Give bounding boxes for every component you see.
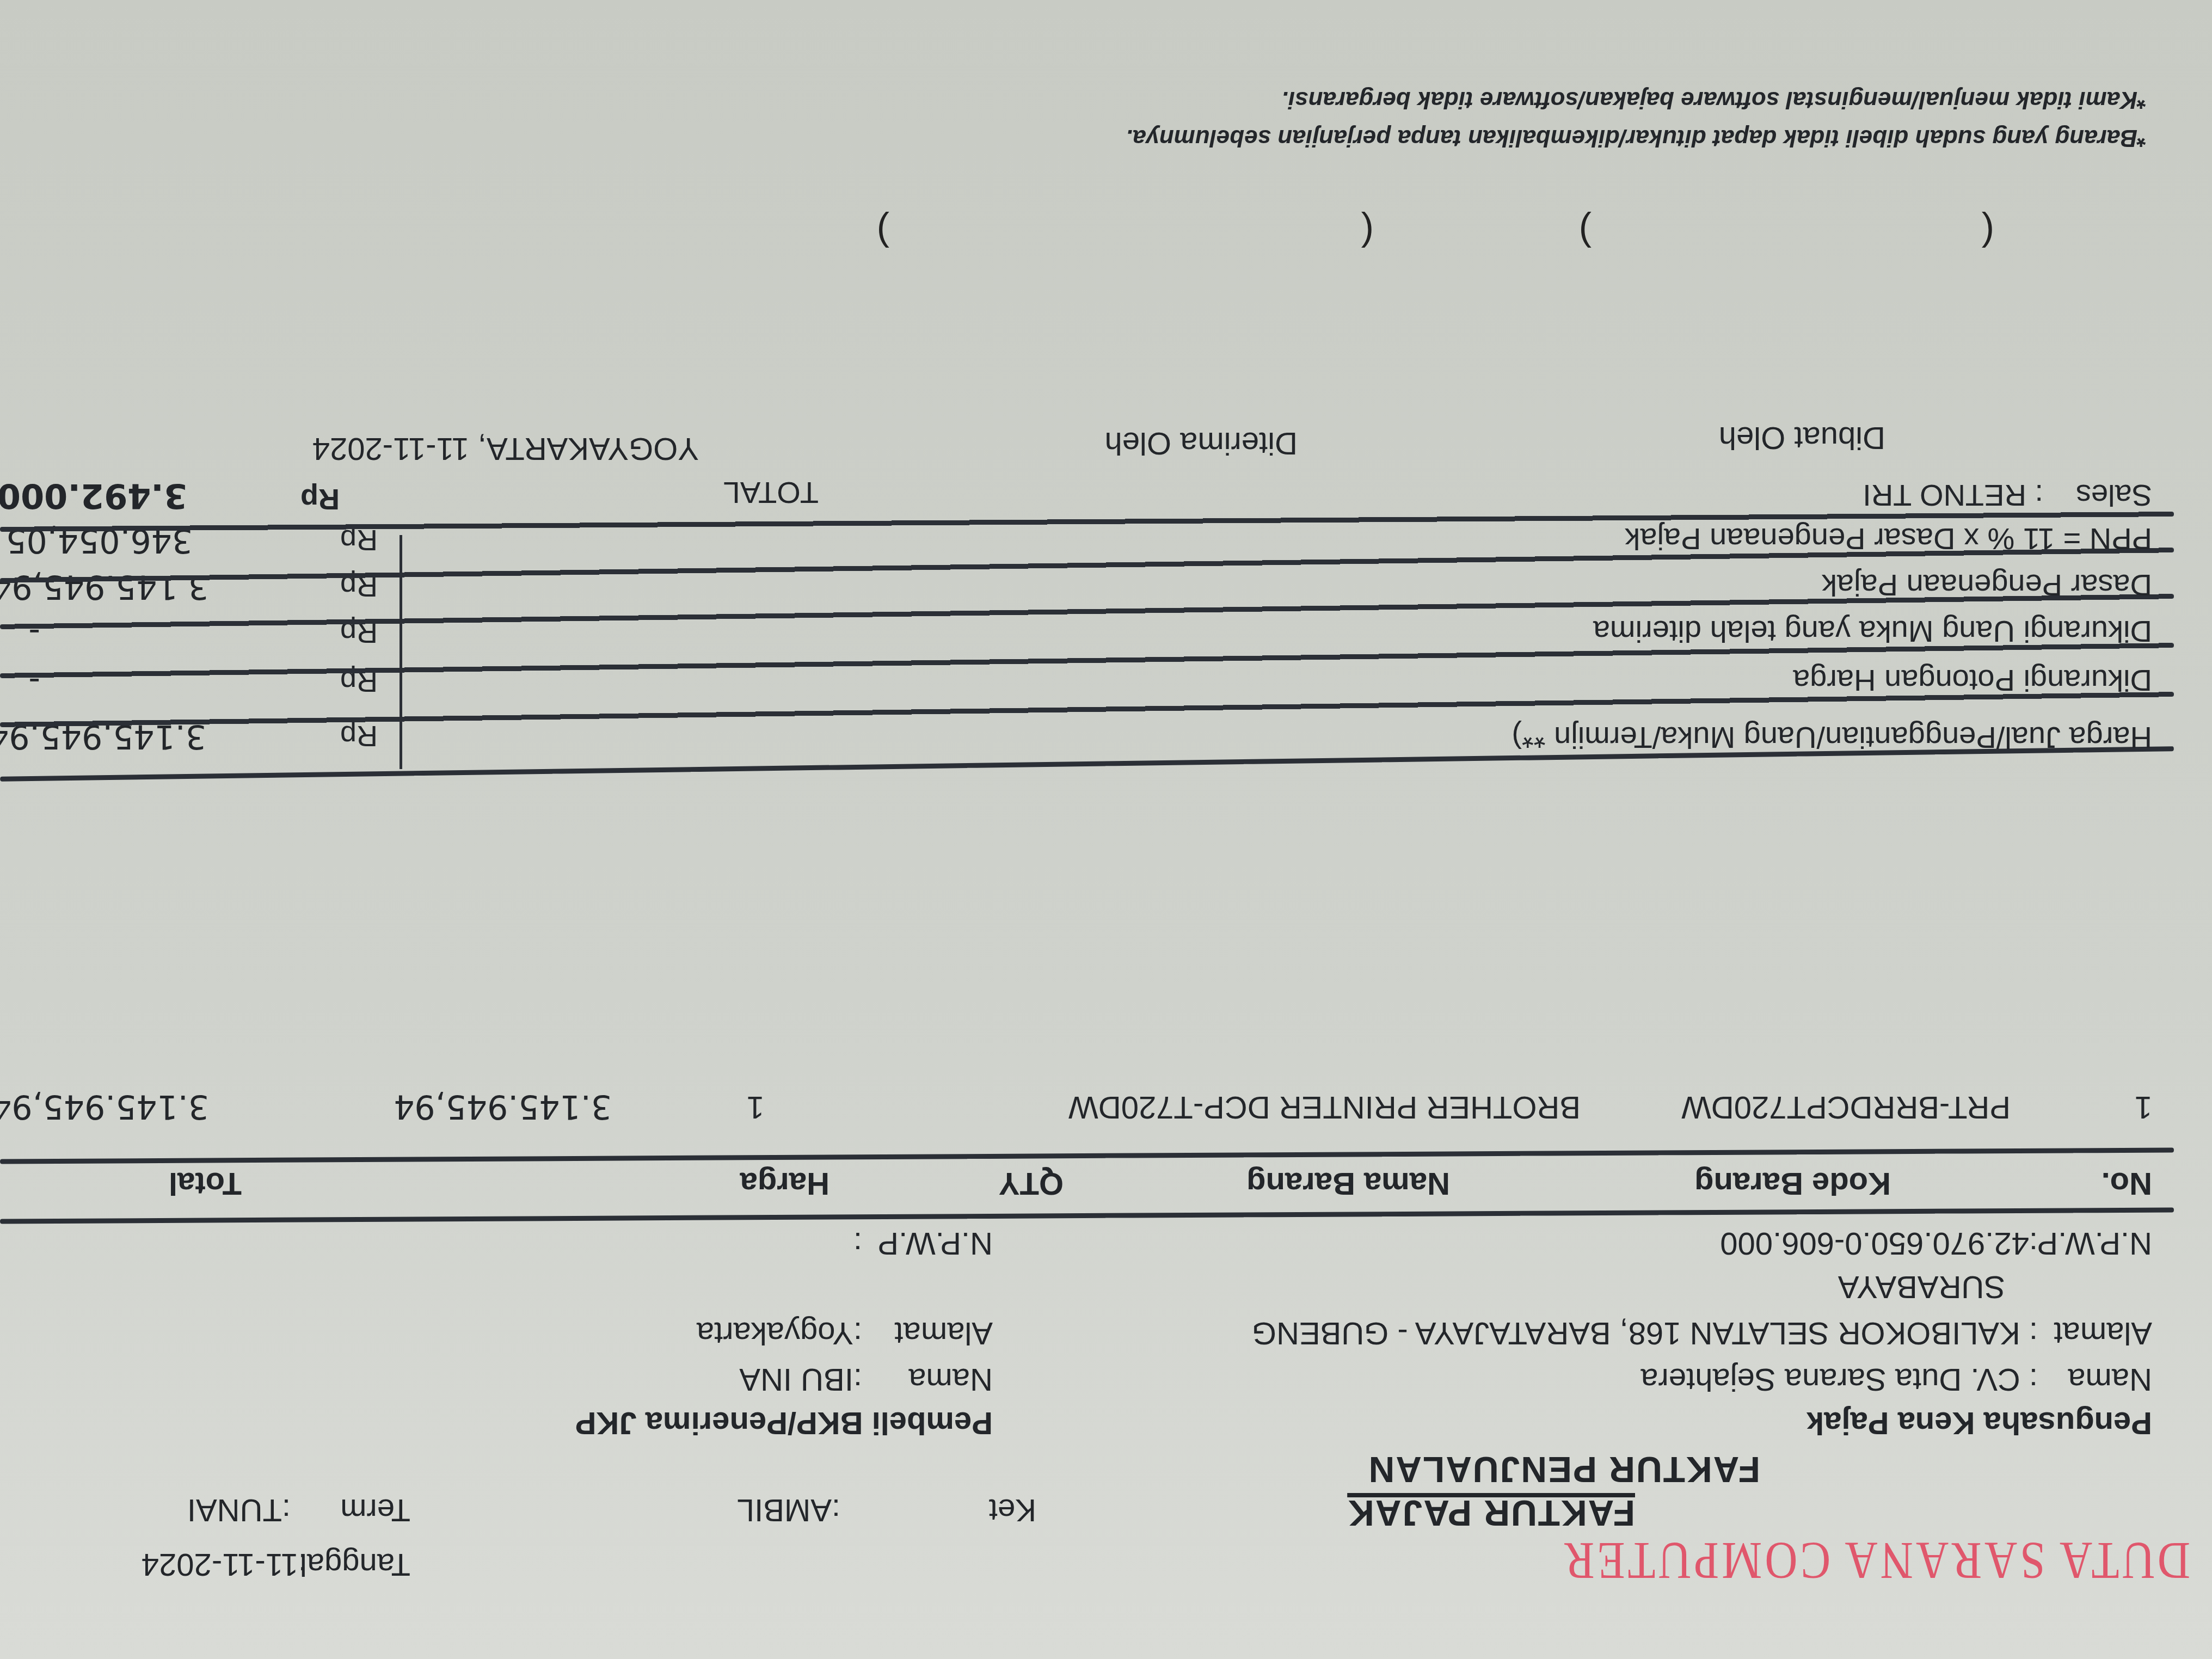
buyer-npwp-value: : [853, 1225, 862, 1262]
seller-nama-label: Nama [2068, 1361, 2152, 1398]
doc-title-faktur-penjualan: FAKTUR PENJUALAN [1368, 1449, 1760, 1490]
col-nama-barang: Nama Barang [1246, 1165, 1450, 1202]
term-value: :TUNAI [187, 1492, 291, 1528]
diterima-oleh-label: Diterima Oleh [1104, 425, 1298, 462]
ket-value: :AMBIL [737, 1492, 840, 1528]
item-kode: PRT-BRRDCPT720DW [1681, 1089, 2011, 1126]
item-nama: BROTHER PRINTER DCP-T720DW [1068, 1089, 1581, 1126]
summary-divider [400, 535, 402, 769]
invoice-document: DUTA SARANA COMPUTER FAKTUR PAJAK FAKTUR… [0, 0, 2212, 1659]
seller-alamat-label: Alamat [2054, 1315, 2152, 1351]
col-harga: Harga [740, 1165, 829, 1202]
item-harga: 3.145.945,94 [394, 1087, 612, 1126]
summary-value-uang-muka: - [28, 614, 40, 652]
total-rp: Rp [300, 482, 340, 516]
summary-label-harga-jual: Harga Jual/Penggantian/Uang Muka/Termijn… [1511, 720, 2152, 755]
summary-value-potongan: - [28, 663, 40, 701]
ket-label: Ket [989, 1492, 1036, 1528]
table-header-rule [0, 1148, 2174, 1164]
tanggal-label: Tanggal [300, 1546, 410, 1583]
place-date: YOGYAKARTA, 11-11-2024 [312, 431, 699, 467]
item-no: 1 [2135, 1089, 2152, 1126]
tanggal-value: :11-11-2024 [142, 1546, 307, 1583]
buyer-heading: Pembeli BKP/Penerima JKP [575, 1405, 993, 1441]
seller-heading: Pengusaha Kena Pajak [1807, 1405, 2152, 1441]
seller-npwp-label: N.P.W.P [2037, 1225, 2152, 1262]
buyer-alamat-value: :Yogyakarta [697, 1315, 862, 1351]
sign-paren-open-2: ( [1361, 211, 1374, 255]
buyer-nama-label: Nama [908, 1361, 993, 1398]
seller-alamat-city: SURABAYA [1838, 1269, 2005, 1305]
dibuat-oleh-label: Dibuat Oleh [1719, 420, 1885, 456]
sales-value: : RETNO TRI [1863, 478, 2043, 513]
buyer-nama-value: :IBU INA [739, 1361, 862, 1398]
sign-paren-close-2: ) [877, 211, 889, 255]
total-value: 3.492.000 [0, 476, 187, 516]
company-name: DUTA SARANA COMPUTER [1562, 1530, 2190, 1591]
table-top-rule [0, 1208, 2174, 1224]
sign-paren-open-1: ( [1982, 211, 1994, 255]
sign-paren-close-1: ) [1579, 211, 1592, 255]
note-2: *Kami tidak menjual/menginstal software … [1282, 86, 2147, 113]
col-kode-barang: Kode Barang [1694, 1165, 1891, 1202]
summary-value-dpp: 3.145.945,94 [0, 568, 209, 606]
col-no: No. [2102, 1165, 2152, 1202]
sales-label: Sales [2076, 478, 2152, 513]
summary-rp-0: Rp [340, 719, 378, 753]
term-label: Term [340, 1492, 410, 1528]
seller-npwp-value: :42.970.650.0-606.000 [1720, 1225, 2038, 1262]
doc-title-faktur-pajak: FAKTUR PAJAK [1347, 1492, 1635, 1534]
item-total: 3.145.945,94 [0, 1087, 209, 1126]
buyer-alamat-label: Alamat [894, 1315, 993, 1351]
buyer-npwp-label: N.P.W.P [877, 1225, 993, 1262]
item-qty: 1 [747, 1089, 764, 1126]
col-qty: QTY [999, 1165, 1064, 1202]
summary-label-dpp: Dasar Pengenaan Pajak [1822, 568, 2152, 603]
col-total: Total [169, 1165, 242, 1202]
summary-label-potongan: Dikurangi Potongan Harga [1793, 663, 2152, 698]
summary-label-uang-muka: Dikurangi Uang Muka yang telah diterima [1593, 614, 2152, 649]
note-1: *Barang yang sudah dibeli tidak dapat di… [1126, 124, 2147, 151]
seller-nama-value: : CV. Duta Sarana Sejahtera [1640, 1361, 2038, 1398]
total-label: TOTAL [723, 475, 819, 511]
summary-label-ppn: PPN = 11 % x Dasar Pengenaan Pajak [1625, 521, 2152, 557]
seller-alamat-value: : KALIBOKOR SELATAN 168, BARATAJAYA - GU… [1252, 1315, 2038, 1351]
